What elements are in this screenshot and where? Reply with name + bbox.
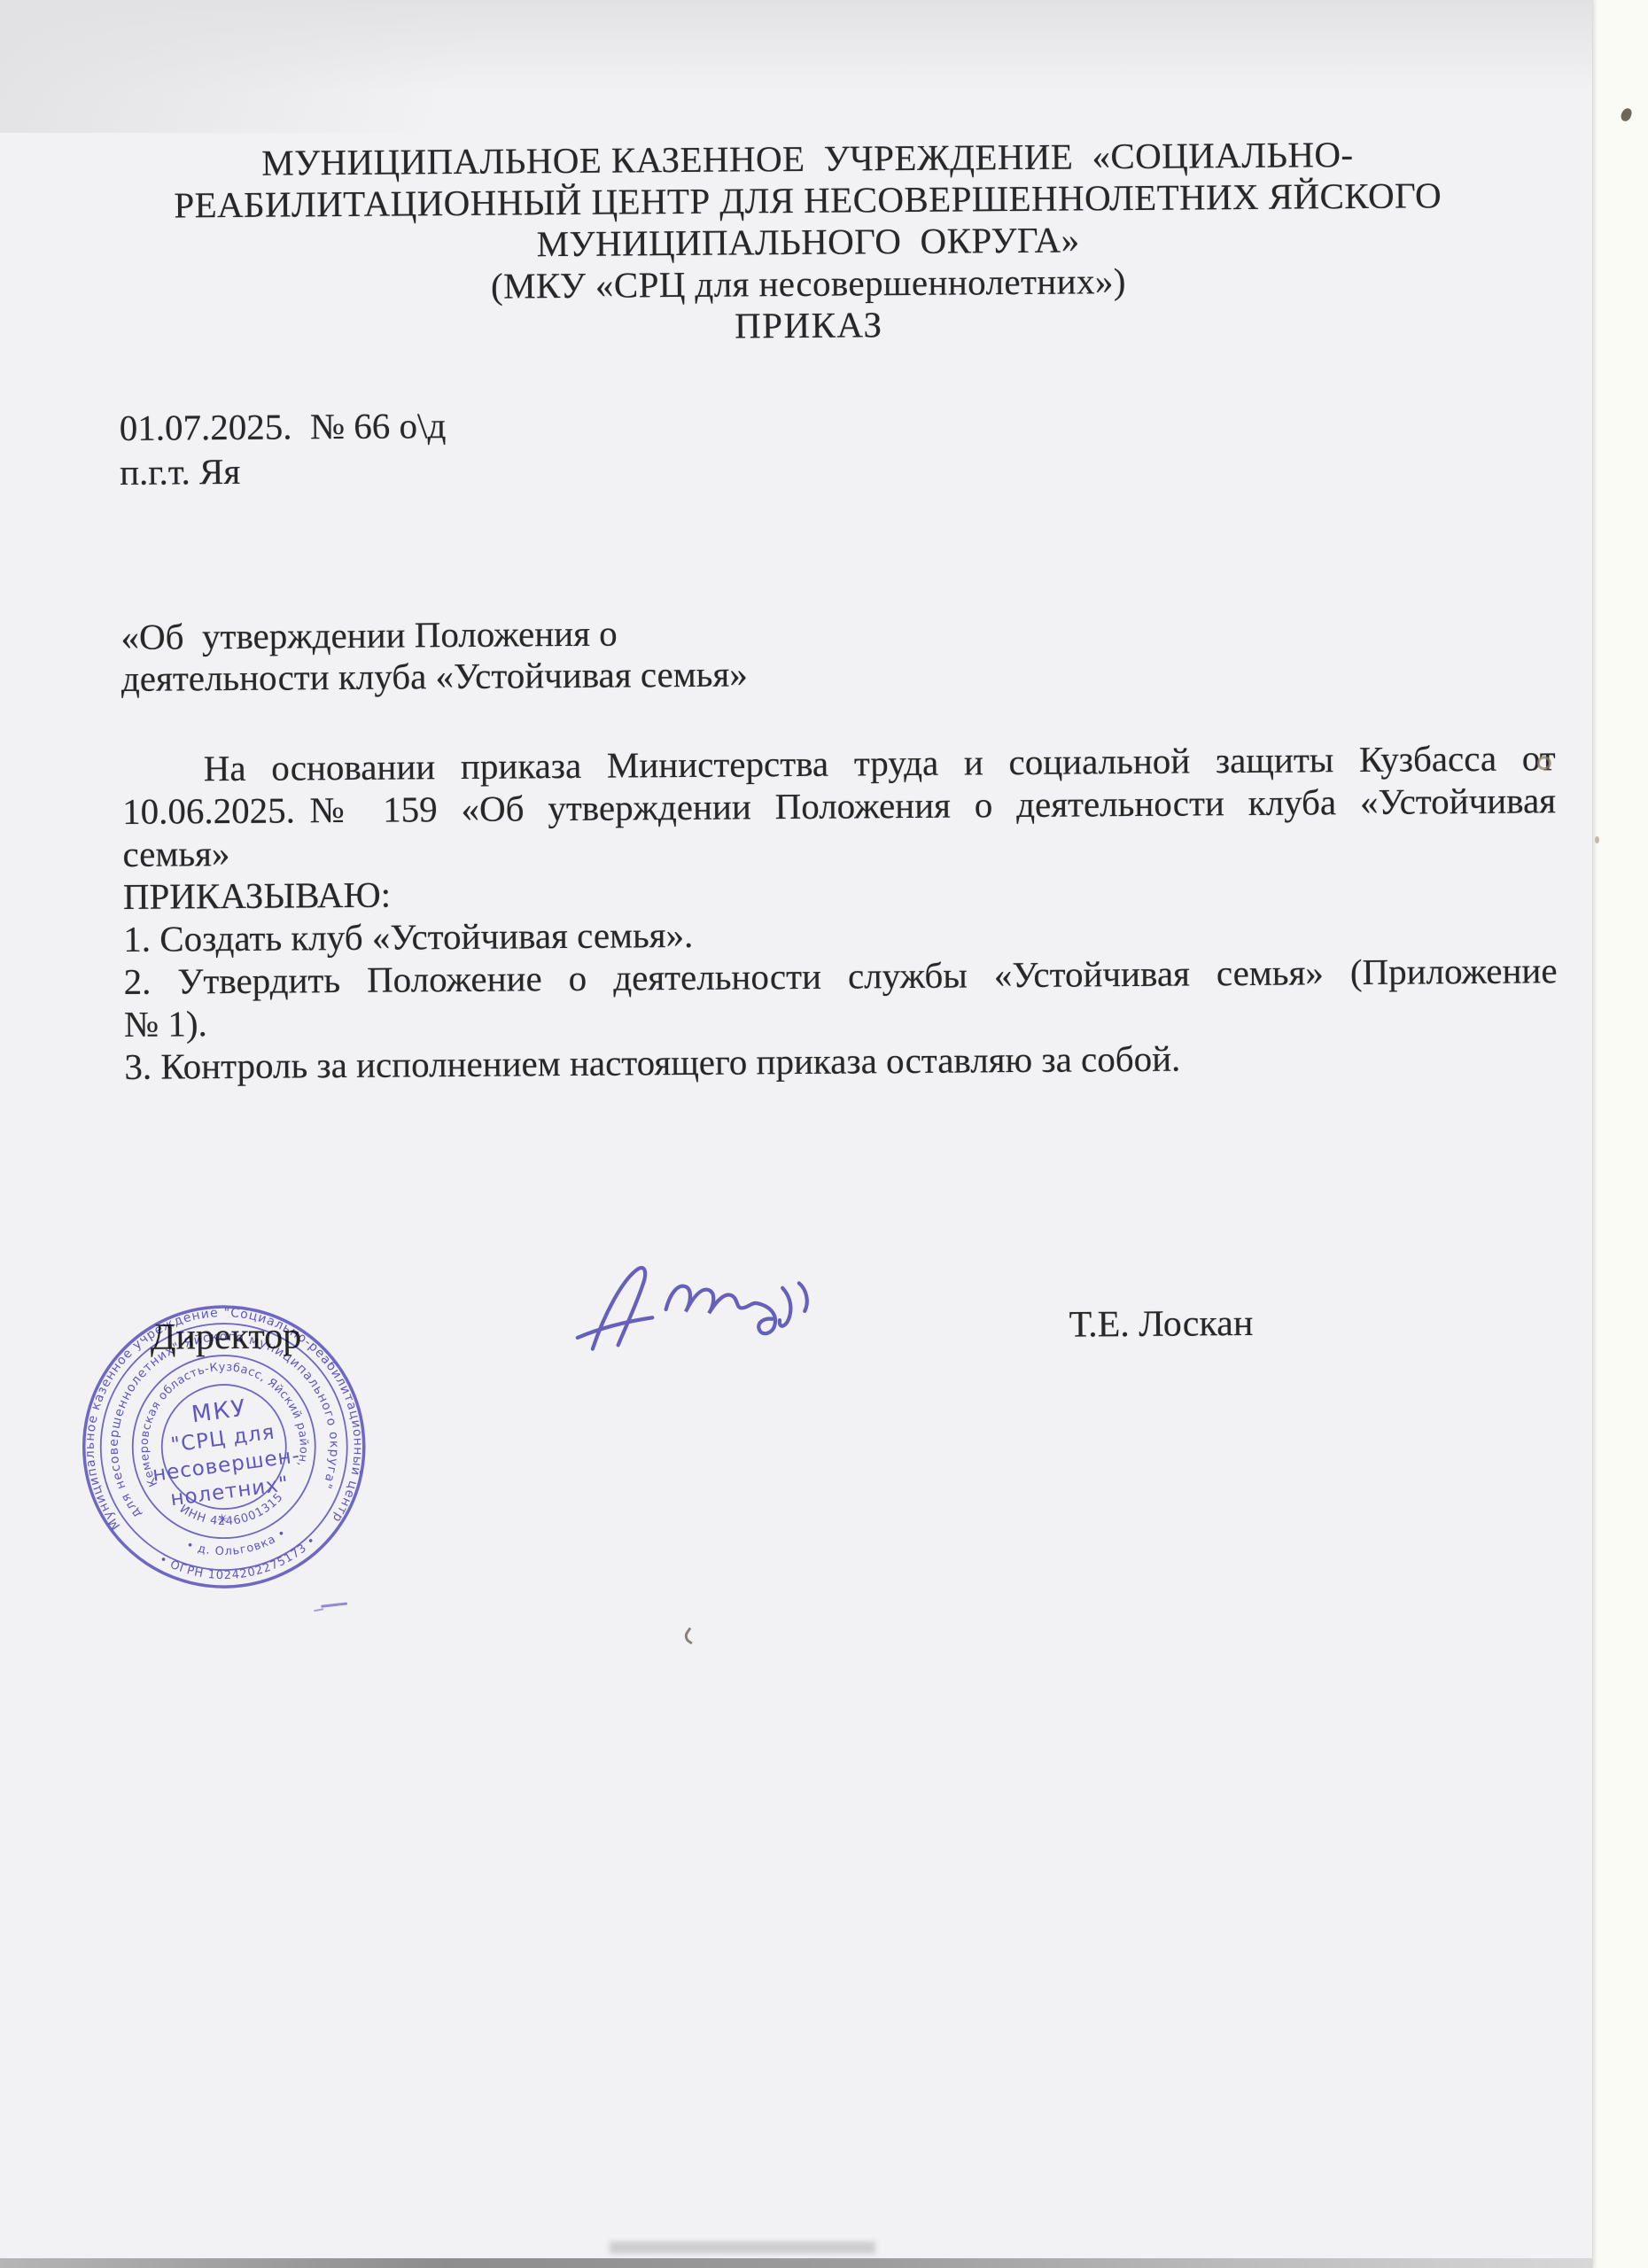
scanned-order-page: МУНИЦИПАЛЬНОЕ КАЗЕННОЕ УЧРЕЖДЕНИЕ «СОЦИА…: [0, 0, 1648, 2268]
document-content: МУНИЦИПАЛЬНОЕ КАЗЕННОЕ УЧРЕЖДЕНИЕ «СОЦИА…: [0, 0, 1601, 2268]
svg-text:• ОГРН 1024202275173 •: • ОГРН 1024202275173 •: [155, 1533, 323, 1592]
scan-speck: [681, 1627, 698, 1645]
stamp-ogrn-text: • ОГРН 1024202275173 •: [155, 1533, 323, 1592]
scan-speck: [1595, 836, 1599, 843]
scan-bottom-shadow: [0, 2258, 1592, 2268]
date-and-number: 01.07.2025. № 66 о\д: [120, 403, 447, 450]
scan-speck: [1537, 756, 1551, 770]
scan-smudge: [610, 2241, 875, 2254]
subject-line-1: «Об утверждении Положения о: [120, 611, 747, 658]
round-stamp: Муниципальное казенное учреждение "Социа…: [57, 1280, 391, 1614]
stamp-center-line-1: МКУ: [190, 1394, 249, 1428]
ink-dash-mark: [314, 1608, 323, 1612]
stamp-center-text: МКУ "СРЦ для несовершен- нолетних": [144, 1389, 305, 1513]
ink-dash-mark: [321, 1602, 347, 1607]
paper-sheet: МУНИЦИПАЛЬНОЕ КАЗЕННОЕ УЧРЕЖДЕНИЕ «СОЦИА…: [0, 0, 1593, 2268]
document-header: МУНИЦИПАЛЬНОЕ КАЗЕННОЕ УЧРЕЖДЕНИЕ «СОЦИА…: [98, 133, 1518, 353]
place-line: п.г.т. Яя: [120, 447, 447, 494]
signature-name: Т.Е. Лоскан: [1069, 1302, 1254, 1347]
scan-speck: [1620, 107, 1633, 122]
stamp-star-icon: ✳: [216, 1511, 229, 1527]
subject-line-2: деятельности клуба «Устойчивая семья»: [121, 653, 748, 700]
document-meta: 01.07.2025. № 66 о\д п.г.т. Яя: [120, 403, 447, 494]
subject-block: «Об утверждении Положения о деятельности…: [120, 611, 748, 700]
body-text: На основании приказа Министерства труда …: [122, 736, 1559, 1088]
handwritten-signature: [555, 1226, 900, 1385]
